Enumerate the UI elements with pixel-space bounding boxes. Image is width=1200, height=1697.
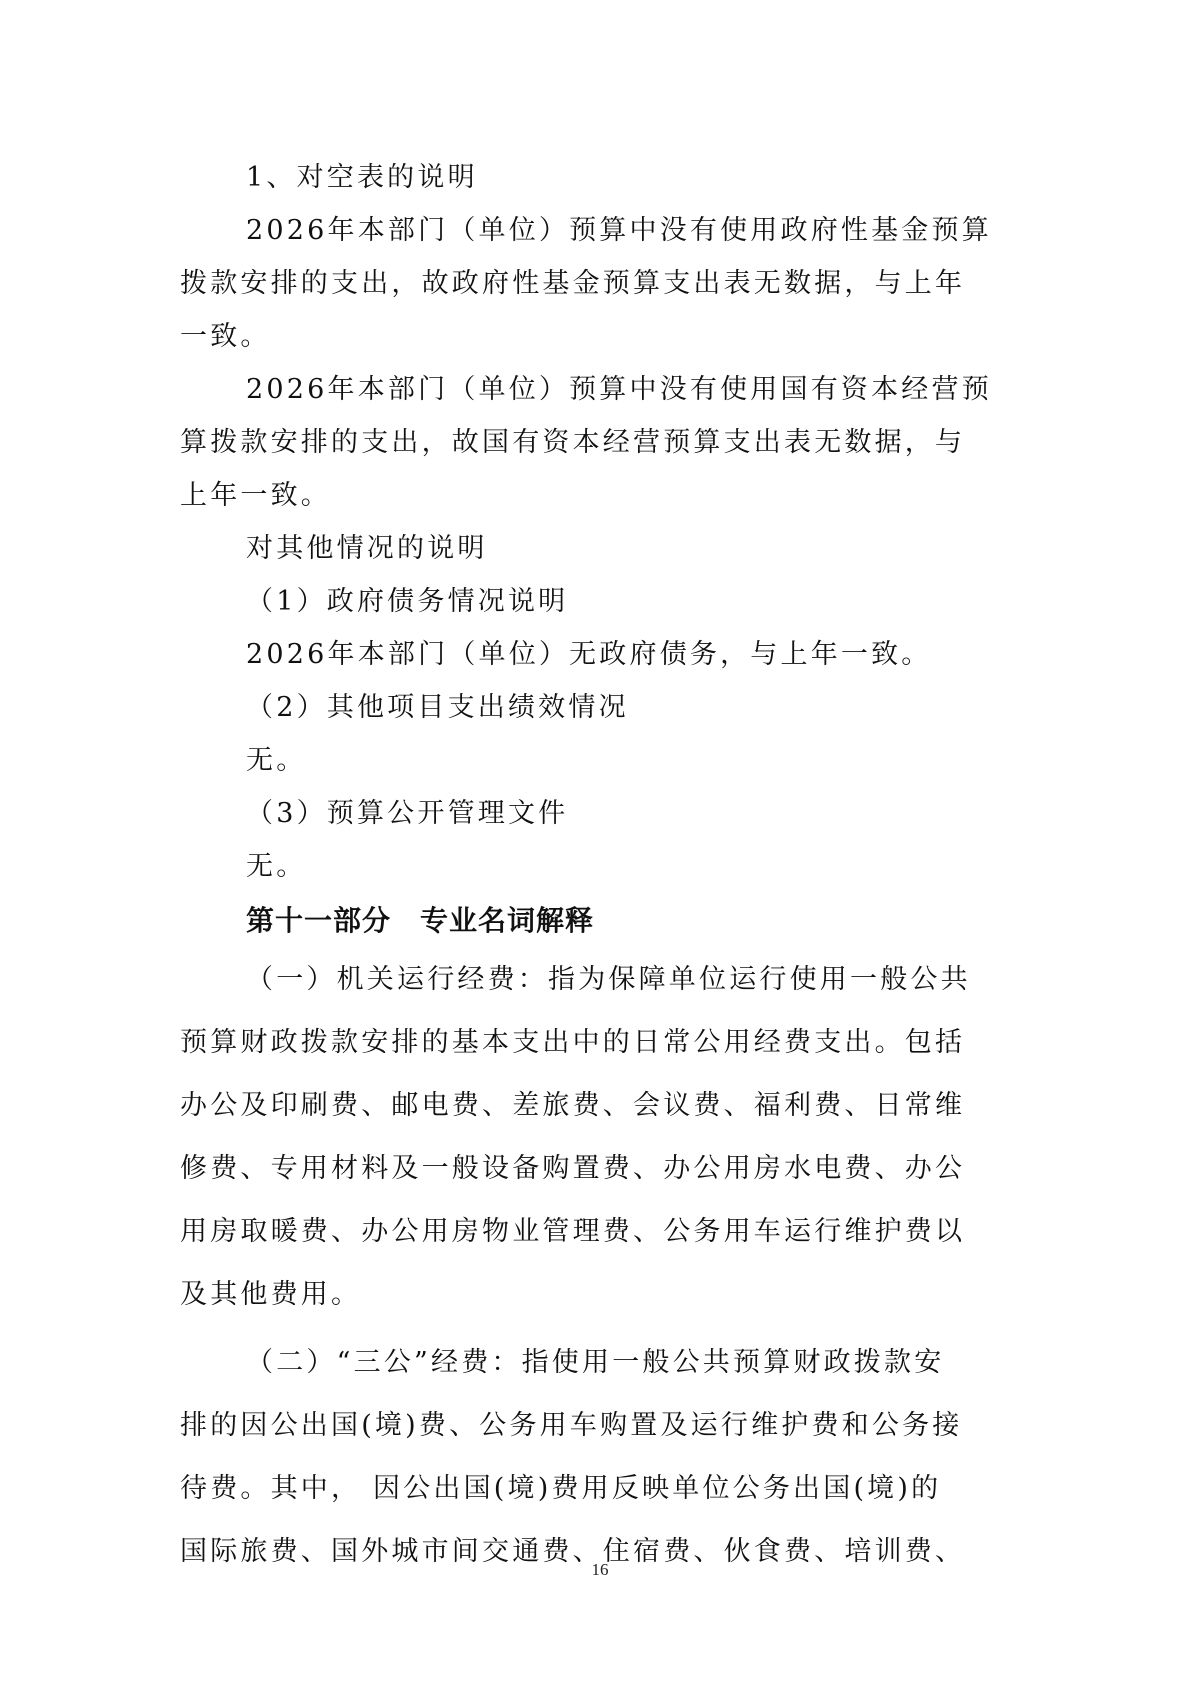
definition-line: （一）机关运行经费：指为保障单位运行使用一般公共 (246, 962, 971, 998)
definition-line: 及其他费用。 (180, 1277, 361, 1313)
subheading-performance: （2）其他项目支出绩效情况 (246, 690, 629, 726)
paragraph-line: 无。 (246, 849, 306, 885)
paragraph-line: 一致。 (180, 319, 271, 355)
definition-line: 修费、专用材料及一般设备购置费、办公用房水电费、办公 (180, 1151, 965, 1187)
definition-line: 用房取暖费、办公用房物业管理费、公务用车运行维护费以 (180, 1214, 965, 1250)
definition-line: 预算财政拨款安排的基本支出中的日常公用经费支出。包括 (180, 1025, 965, 1061)
paragraph-line: 2026年本部门（单位）预算中没有使用国有资本经营预 (246, 372, 992, 408)
definition-line: 排的因公出国(境)费、公务用车购置及运行维护费和公务接 (180, 1408, 962, 1444)
section-heading: 第十一部分 专业名词解释 (246, 903, 594, 939)
paragraph-line: 上年一致。 (180, 478, 331, 514)
paragraph-line: 2026年本部门（单位）无政府债务，与上年一致。 (246, 637, 932, 673)
paragraph-line: 拨款安排的支出，故政府性基金预算支出表无数据，与上年 (180, 266, 965, 302)
paragraph-line: 算拨款安排的支出，故国有资本经营预算支出表无数据，与 (180, 425, 965, 461)
paragraph-line: 无。 (246, 743, 306, 779)
empty-table-heading: 1、对空表的说明 (246, 160, 478, 196)
paragraph-line: 2026年本部门（单位）预算中没有使用政府性基金预算 (246, 213, 992, 249)
definition-line: 办公及印刷费、邮电费、差旅费、会议费、福利费、日常维 (180, 1088, 965, 1124)
definition-line: 待费。其中， 因公出国(境)费用反映单位公务出国(境)的 (180, 1471, 941, 1507)
page-number: 16 (0, 1560, 1200, 1580)
document-page: 1、对空表的说明 2026年本部门（单位）预算中没有使用政府性基金预算 拨款安排… (0, 0, 1200, 1697)
other-matters-heading: 对其他情况的说明 (246, 531, 488, 567)
subheading-disclosure-files: （3）预算公开管理文件 (246, 796, 568, 832)
subheading-debt: （1）政府债务情况说明 (246, 584, 568, 620)
definition-line: （二）“三公”经费：指使用一般公共预算财政拨款安 (246, 1345, 944, 1381)
